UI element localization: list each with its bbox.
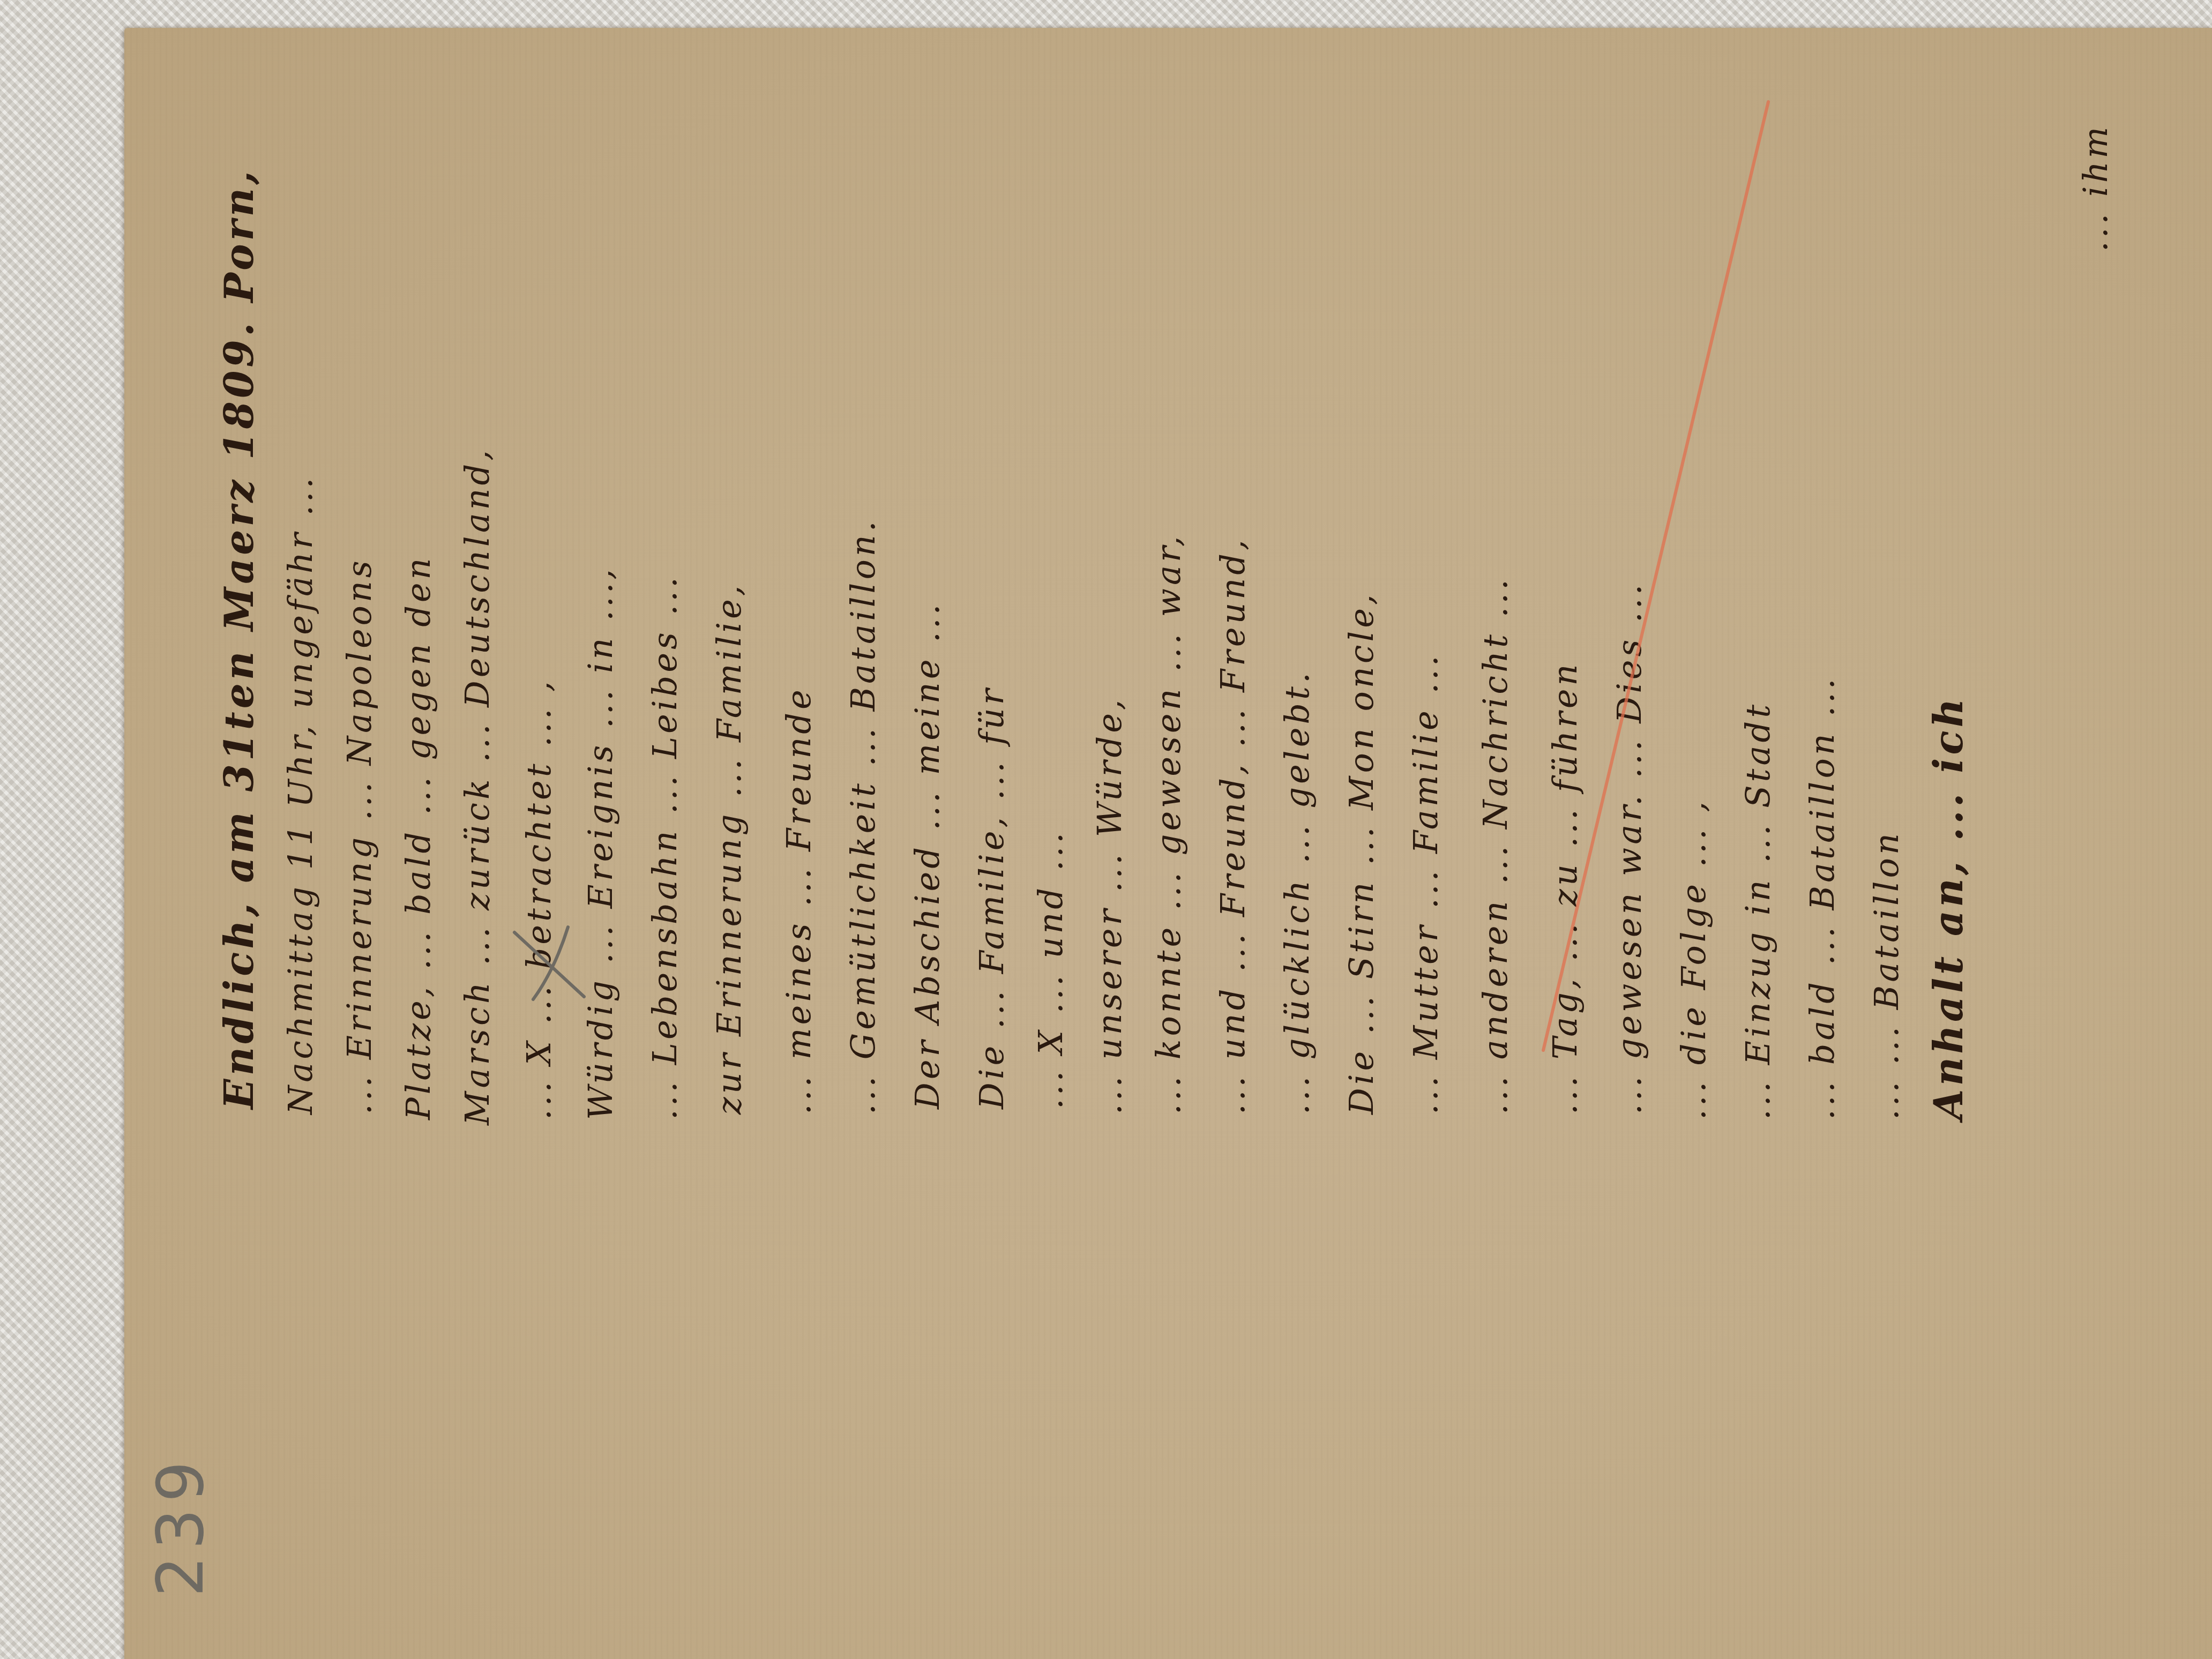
manuscript-line: ... Mutter ... Familie ...: [1409, 652, 1443, 1115]
manuscript-line: ... X ... betrachtet ... ,: [522, 678, 556, 1120]
page-number: 239: [144, 1455, 218, 1597]
manuscript-line: ... meines ... Freunde: [782, 686, 816, 1115]
manuscript-line: ... glücklich ... gelebt.: [1281, 669, 1314, 1115]
manuscript-line: ... Lebensbahn ... Leibes ...: [648, 574, 682, 1120]
manuscript-line: zur Erinnerung ... Familie,: [713, 582, 746, 1115]
manuscript-line: ... die Folge ... ,: [1677, 798, 1710, 1120]
manuscript-line: Die ... Familie, ... für: [975, 686, 1008, 1109]
manuscript-line: ... unserer ... Würde,: [1093, 696, 1126, 1115]
manuscript-line: ... X ... und ...: [1034, 829, 1067, 1109]
manuscript-line: ... Gemütlichkeit ... Bataillon.: [847, 518, 880, 1115]
manuscript-line: ... und ... Freund, ... Freund,: [1216, 536, 1250, 1115]
manuscript-line: Der Abschied ... meine ...: [911, 601, 944, 1109]
date-heading-line: Endlich, am 31ten Maerz 1809. Porn,: [220, 168, 259, 1109]
manuscript-line: Anhalt an, ... ich: [1929, 696, 1969, 1120]
manuscript-line: Würdig ... Ereignis ... in ...,: [584, 566, 617, 1120]
manuscript-line: Marsch ... zurück ... Deutschland,: [461, 447, 494, 1125]
manuscript-line: ... Einzug in ... Stadt: [1742, 701, 1775, 1120]
manuscript-line: ... gewesen war. ... Dies ...: [1613, 581, 1646, 1115]
manuscript-line: ... konnte ... gewesen ... war,: [1152, 533, 1185, 1115]
manuscript-line: Nachmittag 11 Uhr, ungefähr ...: [284, 475, 317, 1115]
closing-word-line: ... ihm: [2079, 124, 2112, 252]
manuscript-line: ... Tag, ... zu ... führen: [1549, 661, 1582, 1115]
pencil-x-mark-icon: [504, 922, 600, 1007]
manuscript-line: ... Erinnerung ... Napoleons: [343, 557, 376, 1115]
manuscript-line: ... anderen ... Nachricht ...: [1479, 576, 1512, 1115]
manuscript-line: ... bald ... Bataillon ...: [1806, 675, 1839, 1120]
manuscript-line: ... ... Bataillon: [1870, 830, 1903, 1120]
manuscript-line: Die ... Stirn ... Mon oncle,: [1345, 591, 1378, 1115]
manuscript-line: Platze, ... bald ... gegen den: [402, 555, 435, 1120]
